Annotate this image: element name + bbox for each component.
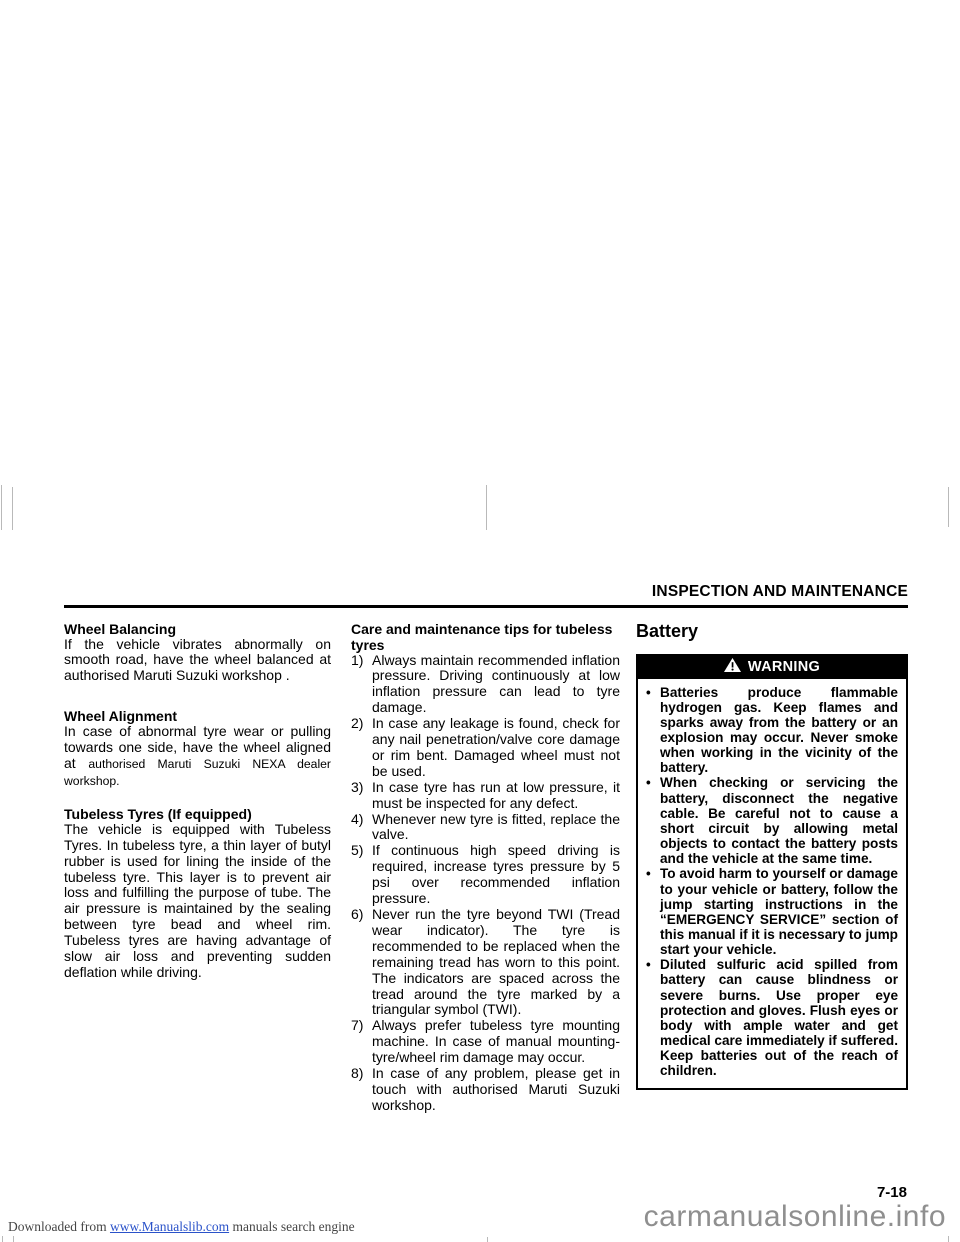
warning-text: To avoid harm to yourself or damage to y… bbox=[660, 866, 898, 957]
paragraph-run-small: authorised Maruti Suzuki NEXA dealer wor… bbox=[64, 757, 331, 788]
three-column-layout: Wheel Balancing If the vehicle vibrates … bbox=[64, 621, 908, 1114]
warning-titlebar: WARNING bbox=[638, 656, 906, 679]
warning-bullet: • Batteries produce flammable hydrogen g… bbox=[646, 685, 898, 776]
section-paragraph: The vehicle is equipped with Tubeless Ty… bbox=[64, 822, 331, 981]
column-wheel: Wheel Balancing If the vehicle vibrates … bbox=[64, 621, 331, 1114]
list-number: 3) bbox=[351, 780, 372, 812]
section-wheel-balancing: Wheel Balancing If the vehicle vibrates … bbox=[64, 621, 331, 685]
section-paragraph: In case of abnormal tyre wear or pulling… bbox=[64, 724, 331, 790]
list-item: 1) Always maintain recommended inflation… bbox=[351, 653, 620, 717]
list-item: 8) In case of any problem, please get in… bbox=[351, 1066, 620, 1114]
warning-bullet: • Diluted sulfuric acid spilled from bat… bbox=[646, 957, 898, 1078]
section-heading: Wheel Balancing bbox=[64, 621, 331, 637]
list-item: 7) Always prefer tubeless tyre mounting … bbox=[351, 1018, 620, 1066]
crop-mark bbox=[2, 1236, 3, 1242]
list-number: 7) bbox=[351, 1018, 372, 1066]
list-item: 4) Whenever new tyre is fitted, replace … bbox=[351, 812, 620, 844]
list-text: In case any leakage is found, check for … bbox=[372, 716, 620, 780]
warning-title: WARNING bbox=[748, 659, 820, 675]
crop-mark bbox=[13, 1236, 14, 1242]
footer-prefix: Downloaded from bbox=[8, 1219, 110, 1234]
section-heading: Tubeless Tyres (If equipped) bbox=[64, 806, 331, 822]
manualslib-link[interactable]: www.Manualslib.com bbox=[110, 1219, 229, 1234]
warning-text: When checking or servicing the battery, … bbox=[660, 775, 898, 866]
list-item: 3) In case tyre has run at low pressure,… bbox=[351, 780, 620, 812]
section-wheel-alignment: Wheel Alignment In case of abnormal tyre… bbox=[64, 708, 331, 790]
manual-page: INSPECTION AND MAINTENANCE Wheel Balanci… bbox=[0, 0, 960, 1242]
warning-bullet: • When checking or servicing the battery… bbox=[646, 775, 898, 866]
section-tubeless-tyres: Tubeless Tyres (If equipped) The vehicle… bbox=[64, 806, 331, 981]
column-battery: Battery WARNING bbox=[636, 621, 908, 1114]
list-number: 1) bbox=[351, 653, 372, 717]
list-text: In case of any problem, please get in to… bbox=[372, 1066, 620, 1114]
list-item: 2) In case any leakage is found, check f… bbox=[351, 716, 620, 780]
watermark: carmanualsonline.info bbox=[644, 1200, 946, 1234]
list-number: 4) bbox=[351, 812, 372, 844]
section-paragraph: If the vehicle vibrates abnormally on sm… bbox=[64, 637, 331, 685]
bullet-marker: • bbox=[646, 685, 660, 776]
header-rule bbox=[64, 605, 908, 608]
list-item: 5) If continuous high speed driving is r… bbox=[351, 843, 620, 907]
warning-triangle-icon bbox=[724, 658, 741, 676]
list-text: If continuous high speed driving is requ… bbox=[372, 843, 620, 907]
crop-mark bbox=[1, 485, 2, 530]
list-number: 2) bbox=[351, 716, 372, 780]
care-tips-heading: Care and maintenance tips for tubeless t… bbox=[351, 621, 620, 653]
list-number: 8) bbox=[351, 1066, 372, 1114]
list-text: Whenever new tyre is fitted, replace the… bbox=[372, 812, 620, 844]
list-number: 6) bbox=[351, 907, 372, 1018]
list-text: Never run the tyre beyond TWI (Tread wea… bbox=[372, 907, 620, 1018]
warning-text: Diluted sulfuric acid spilled from batte… bbox=[660, 957, 898, 1078]
battery-heading: Battery bbox=[636, 621, 908, 641]
crop-mark bbox=[948, 487, 949, 527]
section-heading: Wheel Alignment bbox=[64, 708, 331, 724]
warning-body: • Batteries produce flammable hydrogen g… bbox=[638, 679, 906, 1088]
crop-mark bbox=[487, 1237, 488, 1242]
warning-bullet: • To avoid harm to yourself or damage to… bbox=[646, 866, 898, 957]
list-text: In case tyre has run at low pressure, it… bbox=[372, 780, 620, 812]
bullet-marker: • bbox=[646, 866, 660, 957]
bullet-marker: • bbox=[646, 775, 660, 866]
downloaded-footer: Downloaded from www.Manualslib.com manua… bbox=[8, 1219, 355, 1235]
warning-box: WARNING • Batteries produce flammable hy… bbox=[636, 654, 908, 1090]
page-content: INSPECTION AND MAINTENANCE Wheel Balanci… bbox=[64, 583, 908, 1114]
bullet-marker: • bbox=[646, 957, 660, 1078]
page-number: 7-18 bbox=[877, 1184, 907, 1201]
chapter-header: INSPECTION AND MAINTENANCE bbox=[64, 583, 908, 601]
list-text: Always maintain recommended inflation pr… bbox=[372, 653, 620, 717]
crop-mark bbox=[486, 485, 487, 530]
warning-text: Batteries produce flammable hydrogen gas… bbox=[660, 685, 898, 776]
column-care-tips: Care and maintenance tips for tubeless t… bbox=[351, 621, 620, 1114]
footer-suffix: manuals search engine bbox=[229, 1219, 355, 1234]
crop-mark bbox=[948, 1236, 949, 1242]
list-number: 5) bbox=[351, 843, 372, 907]
crop-mark bbox=[12, 487, 13, 530]
list-item: 6) Never run the tyre beyond TWI (Tread … bbox=[351, 907, 620, 1018]
list-text: Always prefer tubeless tyre mounting mac… bbox=[372, 1018, 620, 1066]
